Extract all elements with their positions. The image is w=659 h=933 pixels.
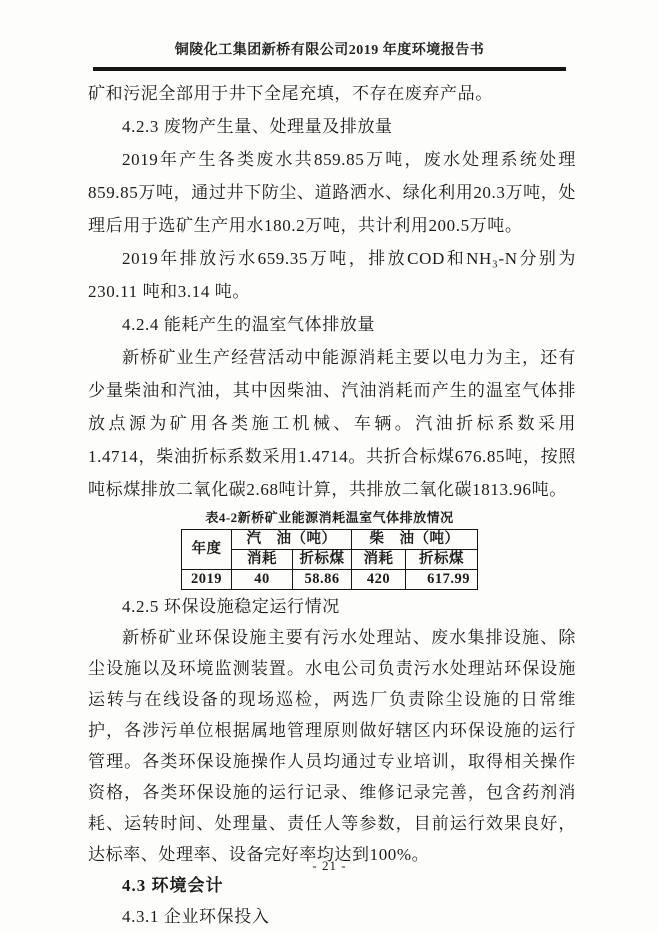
heading-4-3: 4.3 环境会计 — [88, 870, 576, 901]
table-block: 表4-2新桥矿业能源消耗温室气体排放情况 年度 汽 油（吨） 柴 油（吨） 消耗… — [0, 509, 659, 590]
table-header-row: 年度 汽 油（吨） 柴 油（吨） — [182, 530, 478, 550]
paragraph-discharge: 2019年排放污水659.35万吨，排放COD和NH₃-N分别为230.11 吨… — [88, 242, 576, 308]
paragraph-continued: 矿和污泥全部用于井下全尾充填，不存在废弃产品。 — [88, 77, 576, 110]
document-body-section-b: 4.2.5 环保设施稳定运行情况 新桥矿业环保设施主要有污水处理站、废水集排设施… — [88, 591, 576, 932]
table-header-year: 年度 — [182, 530, 232, 570]
energy-emission-table: 年度 汽 油（吨） 柴 油（吨） 消耗 折标煤 消耗 折标煤 2019 40 5… — [181, 529, 478, 590]
cell-gasoline-consumption: 40 — [232, 570, 293, 590]
document-body-section-a: 矿和污泥全部用于井下全尾充填，不存在废弃产品。 4.2.3 废物产生量、处理量及… — [88, 77, 576, 506]
paragraph-energy: 新桥矿业生产经营活动中能源消耗主要以电力为主，还有少量柴油和汽油，其中因柴油、汽… — [88, 341, 576, 506]
cell-year: 2019 — [182, 570, 232, 590]
heading-4-2-3: 4.2.3 废物产生量、处理量及排放量 — [88, 110, 576, 143]
table-subheader-diesel-coal: 折标煤 — [406, 550, 478, 570]
document-page: 铜陵化工集团新桥有限公司2019 年度环境报告书 矿和污泥全部用于井下全尾充填，… — [0, 0, 659, 933]
document-header-title: 铜陵化工集团新桥有限公司2019 年度环境报告书 — [0, 0, 659, 60]
heading-4-2-4: 4.2.4 能耗产生的温室气体排放量 — [88, 308, 576, 341]
header-divider-rule — [93, 67, 566, 71]
table-header-diesel: 柴 油（吨） — [352, 530, 478, 550]
heading-4-2-5: 4.2.5 环保设施稳定运行情况 — [88, 591, 576, 622]
table-subheader-diesel-consumption: 消耗 — [352, 550, 406, 570]
cell-diesel-coal: 617.99 — [406, 570, 478, 590]
paragraph-facilities: 新桥矿业环保设施主要有污水处理站、废水集排设施、除尘设施以及环境监测装置。水电公… — [88, 622, 576, 870]
cell-diesel-consumption: 420 — [352, 570, 406, 590]
page-number: - 21 - — [0, 858, 659, 874]
table-subheader-gasoline-consumption: 消耗 — [232, 550, 293, 570]
table-row: 2019 40 58.86 420 617.99 — [182, 570, 478, 590]
table-subheader-gasoline-coal: 折标煤 — [293, 550, 352, 570]
table-caption: 表4-2新桥矿业能源消耗温室气体排放情况 — [0, 509, 659, 526]
heading-4-3-1: 4.3.1 企业环保投入 — [88, 901, 576, 932]
cell-gasoline-coal: 58.86 — [293, 570, 352, 590]
paragraph-wastewater: 2019年产生各类废水共859.85万吨，废水处理系统处理859.85万吨，通过… — [88, 143, 576, 242]
table-header-gasoline: 汽 油（吨） — [232, 530, 352, 550]
